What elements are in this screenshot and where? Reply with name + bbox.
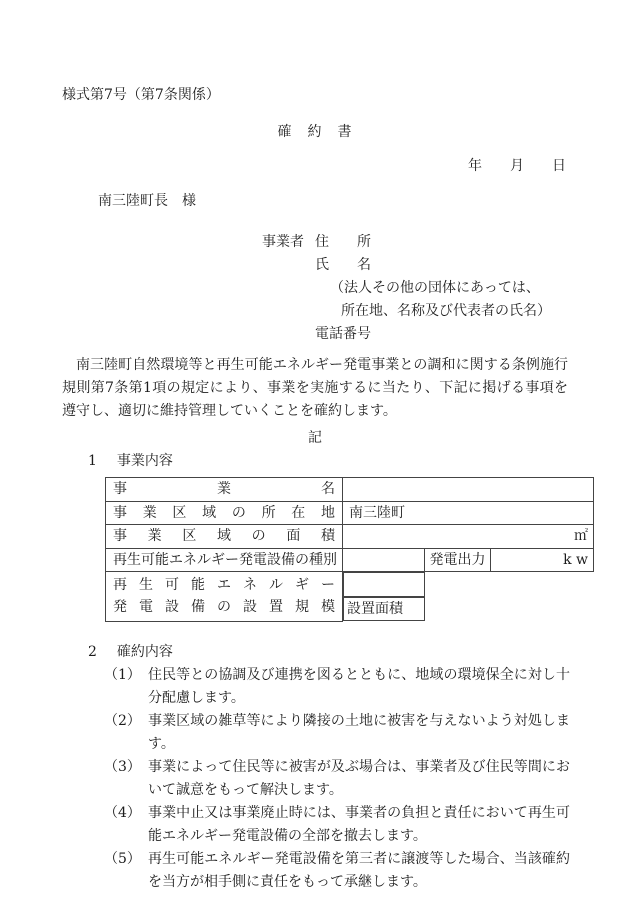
pledge-item-number: （2）: [104, 710, 148, 756]
name-label: 氏 名: [315, 254, 630, 277]
scale-units-cell: 基 枚 ・ m: [343, 572, 425, 597]
install-area-label: 設置面積: [347, 598, 403, 620]
power-output-label-cell: 発電出力: [425, 548, 491, 572]
pledge-item: （4） 事業中止又は事業廃止時には、事業者の負担と責任において再生可能エネルギー…: [104, 802, 570, 848]
document-title: 確 約 書: [0, 121, 630, 144]
power-output-unit-cell: k w: [491, 548, 594, 572]
section1-number: 1: [88, 453, 97, 469]
section1-heading: 1事業内容: [88, 450, 630, 473]
location-label-cell: 事業区域の所在地: [106, 501, 343, 525]
pledge-item: （1） 住民等との協調及び連携を図るとともに、地域の環境保全に対し十分配慮します…: [104, 664, 570, 710]
section2-heading: 2確約内容: [88, 641, 630, 664]
ki-marker: 記: [0, 427, 630, 450]
install-dimensions-cell: 設置面積 ㎡ 高さ m: [343, 597, 425, 622]
equipment-type-value-cell: [343, 548, 425, 572]
row-scale-1: 再生可能エネルギー 発電設備の設置規模 基 枚 ・ m: [106, 572, 594, 597]
business-name-label-cell: 事業名: [106, 478, 343, 502]
body-paragraph: 南三陸町自然環境等と再生可能エネルギー発電事業との調和に関する条例施行規則第7条…: [62, 354, 568, 423]
pledge-item-text: 住民等との協調及び連携を図るとともに、地域の環境保全に対し十分配慮します。: [148, 664, 570, 710]
pledge-item-number: （4）: [104, 802, 148, 848]
pledge-item: （3） 事業によって住民等に被害が及ぶ場合は、事業者及び住民等間において誠意をも…: [104, 756, 570, 802]
location-value-cell: 南三陸町: [343, 501, 594, 525]
section2-title: 確約内容: [117, 644, 173, 660]
scale-label-line2: 発電設備の設置規模: [113, 596, 335, 618]
document-page: 様式第7号（第7条関係） 確 約 書 年 月 日 南三陸町長 様 事業者住 所 …: [0, 0, 630, 903]
area-label-cell: 事業区域の面積: [106, 525, 343, 549]
section1-title: 事業内容: [117, 453, 173, 469]
address-label: 住 所: [315, 234, 371, 250]
area-unit-cell: ㎡: [343, 525, 594, 549]
pledge-item-number: （5）: [104, 848, 148, 894]
date-line: 年 月 日: [0, 155, 630, 178]
corporate-note-line2: 所在地、名称及び代表者の氏名）: [341, 300, 630, 323]
row-equipment-type: 再生可能エネルギー発電設備の種別 発電出力 k w: [106, 548, 594, 572]
scale-label-line1: 再生可能エネルギー: [113, 574, 335, 596]
row-business-name: 事業名: [106, 478, 594, 502]
form-number: 様式第7号（第7条関係）: [62, 84, 630, 107]
pledge-item-number: （1）: [104, 664, 148, 710]
corporate-note-line1: （法人その他の団体にあっては、: [330, 277, 630, 300]
operator-block: 事業者住 所 氏 名 （法人その他の団体にあっては、 所在地、名称及び代表者の氏…: [0, 231, 630, 346]
business-name-value-cell: [343, 478, 594, 502]
section2-number: 2: [88, 644, 97, 660]
row-area: 事業区域の面積 ㎡: [106, 525, 594, 549]
business-details-table: 事業名 事業区域の所在地 南三陸町 事業区域の面積 ㎡ 再生可能エネルギー発電設…: [105, 477, 594, 622]
addressee: 南三陸町長 様: [98, 190, 630, 213]
pledge-item-text: 事業区域の雑草等により隣接の土地に被害を与えないよう対処します。: [148, 710, 570, 756]
phone-label: 電話番号: [315, 323, 630, 346]
pledge-item-number: （3）: [104, 756, 148, 802]
pledge-item-text: 事業によって住民等に被害が及ぶ場合は、事業者及び住民等間において誠意をもって解決…: [148, 756, 570, 802]
operator-address-row: 事業者住 所: [262, 231, 630, 254]
row-location: 事業区域の所在地 南三陸町: [106, 501, 594, 525]
pledge-list: （1） 住民等との協調及び連携を図るとともに、地域の環境保全に対し十分配慮します…: [104, 664, 570, 894]
operator-label: 事業者: [262, 234, 304, 250]
pledge-item-text: 再生可能エネルギー発電設備を第三者に譲渡等した場合、当該確約を当方が相手側に責任…: [148, 848, 570, 894]
scale-label-cell: 再生可能エネルギー 発電設備の設置規模: [106, 572, 343, 622]
pledge-item: （5） 再生可能エネルギー発電設備を第三者に譲渡等した場合、当該確約を当方が相手…: [104, 848, 570, 894]
pledge-item-text: 事業中止又は事業廃止時には、事業者の負担と責任において再生可能エネルギー発電設備…: [148, 802, 570, 848]
equipment-type-label-cell: 再生可能エネルギー発電設備の種別: [106, 548, 343, 572]
pledge-item: （2） 事業区域の雑草等により隣接の土地に被害を与えないよう対処します。: [104, 710, 570, 756]
